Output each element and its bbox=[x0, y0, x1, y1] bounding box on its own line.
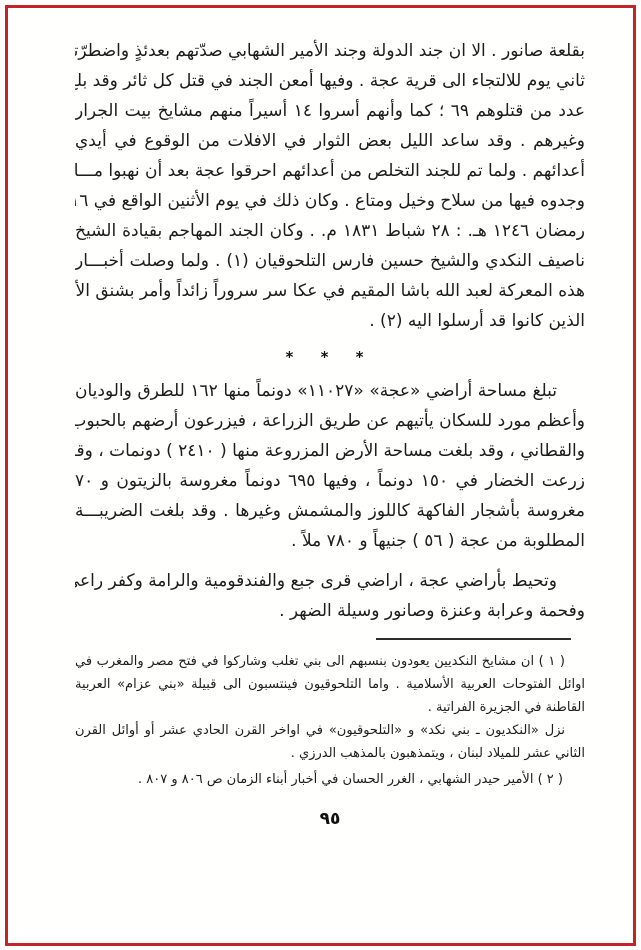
text-line: الذين كانوا قد أرسلوا اليه (٢) . bbox=[75, 306, 585, 336]
text-line: مغروسة بأشجار الفاكهة كاللوز والمشمش وغي… bbox=[75, 496, 585, 526]
section-separator: * * * bbox=[75, 344, 585, 370]
text-line: والقطاني ، وقد بلغت مساحة الأرض المزروعة… bbox=[75, 436, 585, 466]
text-line: بقلعة صانور . الا ان جند الدولة وجند الأ… bbox=[75, 36, 585, 66]
text-line: وأعظم مورد للسكان يأتيهم عن طريق الزراعة… bbox=[75, 406, 585, 436]
paragraph-neighboring-villages: وتحيط بأراضي عجة ، اراضي قرى جبع والفندق… bbox=[75, 566, 585, 626]
text-line: ثاني يوم للالتجاء الى قرية عجة . وفيها أ… bbox=[75, 66, 585, 96]
text-line: وجدوه فيها من سلاح وخيل ومتاع . وكان ذلك… bbox=[75, 186, 585, 216]
text-line: تبلغ مساحة أراضي «عجة» «١١٠٢٧» دونماً من… bbox=[75, 376, 585, 406]
footnote-line: نزل «النكديون ـ بني نكد» و «التلحوقيون» … bbox=[75, 719, 585, 742]
footnote-line: اوائل الفتوحات العربية الأسلامية . واما … bbox=[75, 673, 585, 696]
footnote-line: القاطنة في الجزيرة الفراتية . bbox=[75, 696, 585, 719]
text-line: ناصيف النكدي والشيخ حسين فارس التلحوقيان… bbox=[75, 246, 585, 276]
paragraph-land-area: تبلغ مساحة أراضي «عجة» «١١٠٢٧» دونماً من… bbox=[75, 376, 585, 556]
footnote-1: ( ١ ) ان مشايخ النكديين يعودون بنسبهم ال… bbox=[75, 650, 585, 765]
page-content: بقلعة صانور . الا ان جند الدولة وجند الأ… bbox=[75, 36, 585, 829]
text-line: عدد من قتلوهم ٦٩ ؛ كما وأنهم أسروا ١٤ أس… bbox=[75, 96, 585, 126]
page-number: ٩٥ bbox=[75, 809, 585, 829]
footnote-line: ( ٢ ) الأمير حيدر الشهابي ، الغرر الحسان… bbox=[75, 768, 585, 791]
footnote-2: ( ٢ ) الأمير حيدر الشهابي ، الغرر الحسان… bbox=[75, 768, 585, 791]
text-line: وتحيط بأراضي عجة ، اراضي قرى جبع والفندق… bbox=[75, 566, 585, 596]
text-line: أعدائهم . ولما تم للجند التخلص من أعدائه… bbox=[75, 156, 585, 186]
text-line: هذه المعركة لعبد الله باشا المقيم في عكا… bbox=[75, 276, 585, 306]
paragraph-battle-account: بقلعة صانور . الا ان جند الدولة وجند الأ… bbox=[75, 36, 585, 336]
footnote-line: الثاني عشر للميلاد لبنان ، ويتمذهبون بال… bbox=[75, 742, 585, 765]
book-page: بقلعة صانور . الا ان جند الدولة وجند الأ… bbox=[0, 0, 641, 950]
footnote-line: ( ١ ) ان مشايخ النكديين يعودون بنسبهم ال… bbox=[75, 650, 585, 673]
text-line: رمضان ١٢٤٦ هـ. : ٢٨ شباط ١٨٣١ م. . وكان … bbox=[75, 216, 585, 246]
text-line: وفحمة وعرابة وعنزة وصانور وسيلة الضهر . bbox=[75, 596, 585, 626]
text-line: المطلوبة من عجة ( ٥٦ ) جنيهاً و ٧٨٠ ملاً… bbox=[75, 526, 585, 556]
text-line: زرعت الخضار في ١٥٠ دونماً ، وفيها ٦٩٥ دو… bbox=[75, 466, 585, 496]
footnote-divider bbox=[376, 638, 571, 640]
text-line: وغيرهم . وقد ساعد الليل بعض الثوار في ال… bbox=[75, 126, 585, 156]
